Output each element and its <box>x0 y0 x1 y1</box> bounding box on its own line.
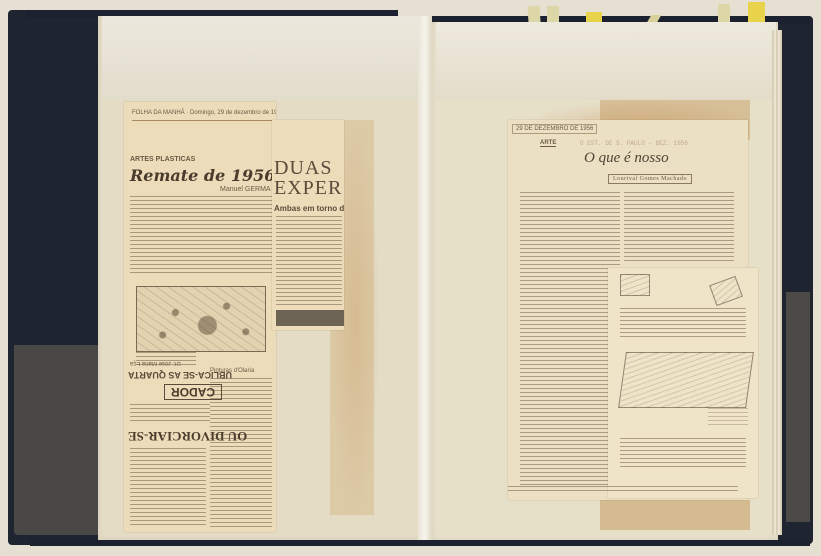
article-text <box>130 404 210 422</box>
masthead: FOLHA DA MANHÃ · Domingo, 29 de dezembro… <box>132 110 276 116</box>
headline-line-2: EXPER <box>274 178 342 199</box>
left-page-sleeve-top <box>102 16 428 100</box>
byline-upside-down: Dr. Jose Maria Eça <box>130 360 181 366</box>
sketch-drawing <box>620 274 650 296</box>
binder-pocket-right <box>786 292 810 522</box>
binder-spine <box>418 16 432 540</box>
clipping-illustrations: Abaixo, croquis dos primeiros desenhos d… <box>608 268 758 498</box>
divider <box>132 120 272 121</box>
headline: O que é nosso <box>584 150 669 167</box>
sketch-drawing <box>709 276 743 306</box>
article-text <box>130 448 206 528</box>
section-label: ARTES PLASTICAS <box>130 156 195 163</box>
illustration <box>136 286 266 352</box>
article-text-col-1 <box>520 192 620 487</box>
page-stack <box>772 30 782 535</box>
article-text <box>210 378 272 528</box>
binder-pocket-left <box>14 345 110 535</box>
clipping-remate-de-1956: FOLHA DA MANHÃ · Domingo, 29 de dezembro… <box>124 102 276 532</box>
article-text <box>276 216 342 306</box>
glue-residue <box>600 500 750 530</box>
article-text <box>130 196 272 276</box>
date-label: 29 DE DEZEMBRO DE 1956 <box>512 124 597 134</box>
headline: Remate de 1956 <box>130 166 275 185</box>
clipping-duas-experiencias: DUAS EXPER Ambas em torno da <box>272 120 344 330</box>
caption-text <box>620 438 746 468</box>
footer-text <box>508 486 738 492</box>
byline: Lourival Gomes Machado <box>608 174 692 184</box>
headline-line-1: DUAS <box>274 158 332 179</box>
archive-stamp: O EST. DE S. PAULO - DEZ. 1956 <box>580 140 688 147</box>
page-tab[interactable] <box>748 2 765 24</box>
page-tab[interactable] <box>547 6 559 23</box>
binder-edge-bottom <box>30 540 810 546</box>
sketch-signature <box>708 408 748 426</box>
building-sketch <box>618 352 754 408</box>
article-text-col-2 <box>624 192 734 264</box>
caption-text <box>620 308 746 338</box>
byline: Manuel GERMA <box>220 186 271 193</box>
page-tab[interactable] <box>718 4 730 24</box>
caption: Pinturas d'Olaria <box>210 368 254 374</box>
section-label: ARTE <box>540 140 556 147</box>
right-page-sleeve-top <box>436 22 776 100</box>
dark-banner <box>276 310 344 326</box>
subheadline: Ambas em torno da <box>274 204 344 213</box>
page-tab[interactable] <box>527 6 540 24</box>
